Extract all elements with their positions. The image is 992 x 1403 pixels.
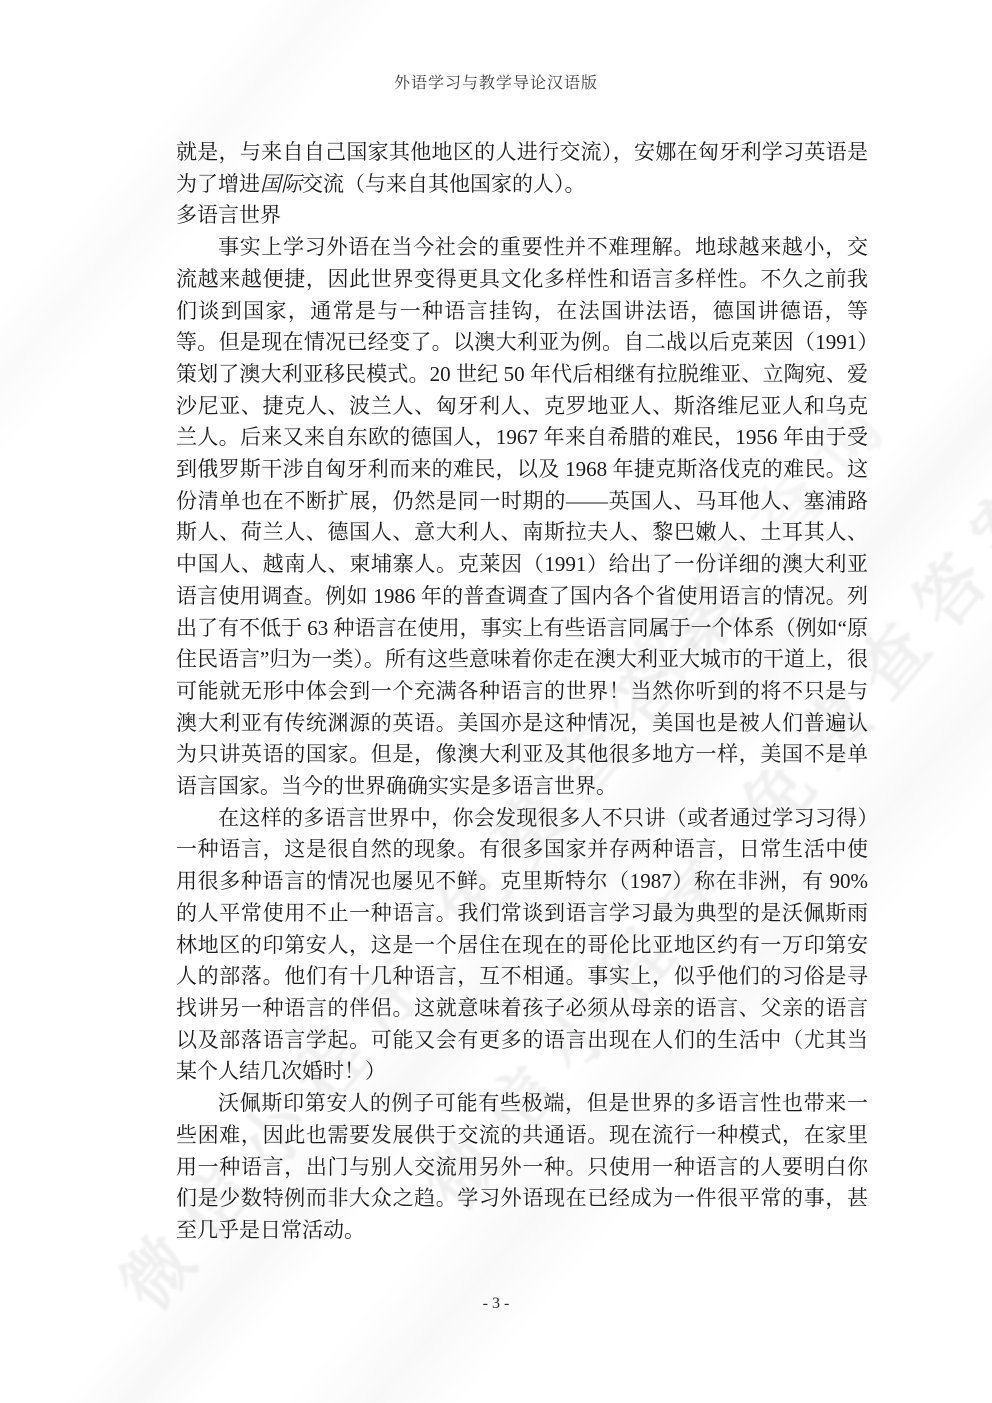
body-paragraph-2: 在这样的多语言世界中，你会发现很多人不只讲（或者通过学习习得）一种语言，这是很自… (176, 803, 868, 1088)
body-paragraph-3: 沃佩斯印第安人的例子可能有些极端，但是世界的多语言性也带来一些困难，因此也需要发… (176, 1088, 868, 1247)
section-heading: 多语言世界 (176, 200, 868, 232)
intro-paragraph: 就是，与来自自己国家其他地区的人进行交流），安娜在匈牙利学习英语是为了增进国际交… (176, 137, 868, 200)
document-page: 微信小程序 免费查答案 微信小程序 免费查答案 答案查询 外语学习与教学导论汉语… (0, 0, 992, 1403)
body-paragraph-1: 事实上学习外语在当今社会的重要性并不难理解。地球越来越小，交流越来越便捷，因此世… (176, 232, 868, 803)
document-body: 就是，与来自自己国家其他地区的人进行交流），安娜在匈牙利学习英语是为了增进国际交… (176, 137, 868, 1247)
intro-italic-term: 国际 (260, 172, 302, 196)
page-header-title: 外语学习与教学导论汉语版 (0, 70, 992, 93)
intro-part2: 交流（与来自其他国家的人）。 (302, 172, 586, 196)
page-number: - 3 - (0, 1295, 992, 1313)
